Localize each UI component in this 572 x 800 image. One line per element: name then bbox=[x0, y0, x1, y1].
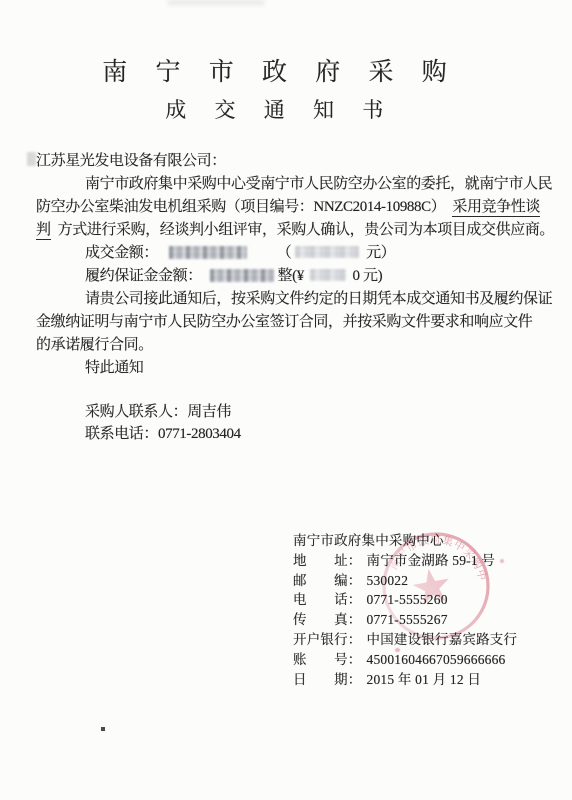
award-amount-unit: 元） bbox=[366, 245, 395, 261]
redacted-bond-amount-words bbox=[210, 269, 274, 282]
contact-phone-line: 联系电话：0771-2803404 bbox=[85, 423, 241, 445]
date-label: 日 期： bbox=[293, 670, 362, 690]
bank-value: 中国建设银行嘉宾路支行 bbox=[367, 630, 518, 650]
paragraph1-line1: 南宁市政府集中采购中心受南宁市人民防空办公室的委托，就南宁市人民 bbox=[36, 173, 548, 196]
redacted-award-amount-words bbox=[169, 246, 247, 259]
issuer-phone-row: 电 话：0771-5555260 bbox=[293, 590, 517, 610]
fax-value: 0771-5555267 bbox=[367, 610, 448, 630]
document-page: 南 宁 市 政 府 采 购 成 交 通 知 书 江苏星光发电设备有限公司： 南宁… bbox=[0, 0, 572, 800]
issuer-fax-row: 传 真：0771-5555267 bbox=[293, 610, 517, 630]
award-amount-paren-open: （ bbox=[277, 245, 292, 261]
fax-label: 传 真： bbox=[293, 610, 362, 630]
date-value: 2015 年 01 月 12 日 bbox=[367, 670, 482, 690]
paragraph2-line3: 的承诺履行合同。 bbox=[36, 334, 548, 357]
scan-artifact-smudge bbox=[27, 152, 36, 166]
bond-amount-label: 履约保证金金额： bbox=[85, 268, 202, 284]
phone-value: 0771-5555260 bbox=[367, 590, 448, 610]
issuer-date-row: 日 期：2015 年 01 月 12 日 bbox=[293, 670, 517, 690]
contact-person-line: 采购人联系人：周吉伟 bbox=[85, 401, 241, 423]
postcode-label: 邮 编： bbox=[293, 571, 362, 591]
document-body: 江苏星光发电设备有限公司： 南宁市政府集中采购中心受南宁市人民防空办公室的委托，… bbox=[36, 150, 548, 380]
issuer-org-name: 南宁市政府集中采购中心 bbox=[293, 531, 517, 551]
bank-label: 开户银行： bbox=[293, 630, 362, 650]
underlined-procurement-method-cont: 判 bbox=[36, 222, 51, 240]
document-title: 南 宁 市 政 府 采 购 bbox=[0, 52, 560, 88]
issuer-postcode-row: 邮 编：530022 bbox=[293, 571, 517, 591]
account-label: 账 号： bbox=[293, 650, 362, 670]
notice-line: 特此通知 bbox=[36, 357, 548, 380]
paragraph1-line3: 判方式进行采购，经谈判小组评审，采购人确认，贵公司为本项目成交供应商。 bbox=[36, 219, 548, 242]
postcode-value: 530022 bbox=[367, 571, 409, 591]
bond-amount-tail: 0 元) bbox=[353, 268, 383, 284]
scan-artifact-speck bbox=[101, 727, 105, 731]
issuer-account-row: 账 号：45001604667059666666 bbox=[293, 650, 517, 670]
phone-label: 电 话： bbox=[293, 590, 362, 610]
issuer-block: 南宁市政府集中采购中心 地 址：南宁市金湖路 59-1 号 邮 编：530022… bbox=[293, 531, 517, 689]
underlined-procurement-method: 采用竞争性谈 bbox=[452, 199, 540, 217]
contact-block: 采购人联系人：周吉伟 联系电话：0771-2803404 bbox=[85, 401, 241, 445]
redacted-award-amount-figure bbox=[295, 246, 359, 258]
paragraph2-line2: 金缴纳证明与南宁市人民防空办公室签订合同，并按采购文件要求和响应文件 bbox=[36, 311, 548, 334]
recipient-line: 江苏星光发电设备有限公司： bbox=[36, 150, 548, 173]
document-subtitle: 成 交 通 知 书 bbox=[0, 94, 560, 124]
scan-artifact-smudge bbox=[168, 0, 264, 5]
account-value: 45001604667059666666 bbox=[367, 650, 506, 670]
address-label: 地 址： bbox=[293, 551, 362, 571]
bond-amount-line: 履约保证金金额： 整(¥ 0 元) bbox=[36, 265, 548, 288]
bond-amount-mid: 整(¥ bbox=[278, 268, 304, 284]
redacted-bond-amount-figure bbox=[310, 269, 346, 281]
award-amount-label: 成交金额： bbox=[85, 245, 158, 261]
issuer-bank-row: 开户银行：中国建设银行嘉宾路支行 bbox=[293, 630, 517, 650]
address-value: 南宁市金湖路 59-1 号 bbox=[367, 551, 496, 571]
paragraph1-line2-text: 防空办公室柴油发电机组采购（项目编号：NNZC2014-10988C） bbox=[36, 199, 445, 215]
paragraph2-line1: 请贵公司接此通知后，按采购文件约定的日期凭本成交通知书及履约保证 bbox=[36, 288, 548, 311]
award-amount-line: 成交金额： （ 元） bbox=[36, 242, 548, 265]
paragraph1-line2: 防空办公室柴油发电机组采购（项目编号：NNZC2014-10988C）采用竞争性… bbox=[36, 196, 548, 219]
issuer-address-row: 地 址：南宁市金湖路 59-1 号 bbox=[293, 551, 517, 571]
paragraph1-line3-text: 方式进行采购，经谈判小组评审，采购人确认，贵公司为本项目成交供应商。 bbox=[58, 222, 554, 238]
